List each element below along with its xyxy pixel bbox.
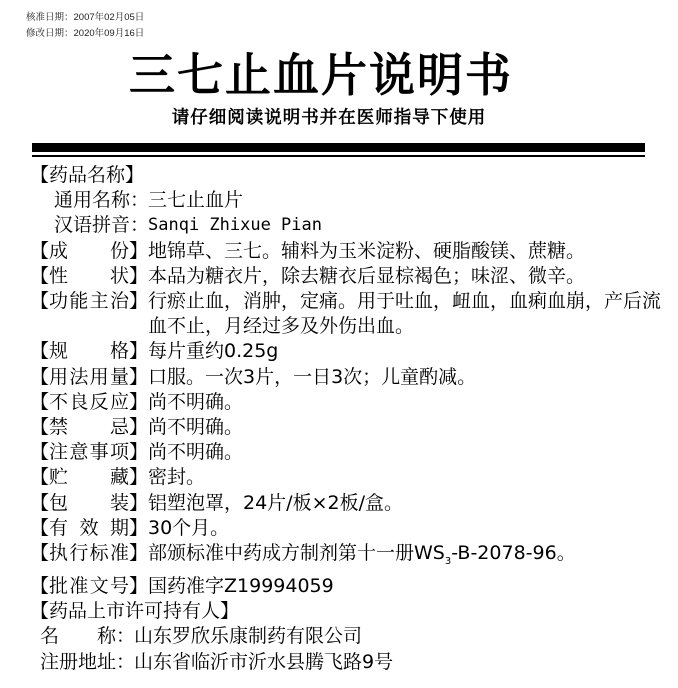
mah-name-value: 山东罗欣乐康制药有限公司 [134,624,362,649]
section-row-approval-number: 【 批准文号 】 国药准字Z19994059 [30,574,670,599]
section-row: 【成份】地锦草、三七。辅料为玉米淀粉、硬脂酸镁、蔗糖。 [30,239,670,264]
section-value: 国药准字Z19994059 [148,574,670,599]
section-label: 【规格】 [30,339,148,364]
document-title: 三七止血片说明书 [0,45,660,105]
section-label: 【功能主治】 [30,289,148,339]
section-label: 【不良反应】 [30,390,148,415]
section-label: 【包装】 [30,491,148,516]
section-row: 【禁忌】尚不明确。 [30,415,670,440]
section-row: 【性状】本品为糖衣片，除去糖衣后显棕褐色；味涩、微辛。 [30,264,670,289]
section-label: 【贮藏】 [30,465,148,490]
section-label: 【 执行标准 】 [30,541,148,574]
approval-date: 核准日期：2007年02月05日 [26,11,144,25]
instructions-body: 【药品名称】 通用名称 ： 三七止血片 汉语拼音 ： Sanqi Zhixue … [30,163,670,675]
mah-address-label: 注册地址 [40,650,116,675]
section-label: 【注意事项】 [30,440,148,465]
section-label: 【性状】 [30,264,148,289]
section-value: 每片重约0.25g [148,339,670,364]
section-value: 铝塑泡罩，24片/板×2板/盒。 [148,491,670,516]
document-subtitle: 请仔细阅读说明书并在医师指导下使用 [0,106,668,130]
mah-name-label: 名称 [40,624,116,649]
section-value: 30个月。 [148,516,670,541]
section-label: 【 批准文号 】 [30,574,148,599]
section-row: 【用法用量】口服。一次3片，一日3次；儿童酌减。 [30,365,670,390]
section-row: 【有效期】30个月。 [30,516,670,541]
section-value: 行瘀止血，消肿，定痛。用于吐血，衄血，血痢血崩，产后流血不止，月经过多及外伤出血… [148,289,670,339]
header-rule-thin [32,155,645,157]
section-row: 【功能主治】行瘀止血，消肿，定痛。用于吐血，衄血，血痢血崩，产后流血不止，月经过… [30,289,670,339]
section-label: 【有效期】 [30,516,148,541]
section-value: 密封。 [148,465,670,490]
common-name-row: 通用名称 ： 三七止血片 [30,188,670,213]
common-name-label: 通用名称 [54,188,130,213]
section-label: 【成份】 [30,239,148,264]
section-value: 口服。一次3片，一日3次；儿童酌减。 [148,365,670,390]
section-row: 【不良反应】尚不明确。 [30,390,670,415]
section-row: 【贮藏】密封。 [30,465,670,490]
section-value: 地锦草、三七。辅料为玉米淀粉、硬脂酸镁、蔗糖。 [148,239,670,264]
section-value: 部颁标准中药成方制剂第十一册WS3-B-2078-96。 [148,541,670,574]
mah-name-row: 名称 ： 山东罗欣乐康制药有限公司 [30,624,670,649]
section-value: 尚不明确。 [148,440,670,465]
section-row: 【规格】每片重约0.25g [30,339,670,364]
section-label: 【禁忌】 [30,415,148,440]
section-value: 尚不明确。 [148,415,670,440]
header-rule-thick [32,143,645,152]
pinyin-value: Sanqi Zhixue Pian [148,213,322,238]
pinyin-row: 汉语拼音 ： Sanqi Zhixue Pian [30,213,670,238]
section-value: 尚不明确。 [148,390,670,415]
section-label: 【用法用量】 [30,365,148,390]
mah-address-row: 注册地址 ： 山东省临沂市沂水县腾飞路9号 [30,650,670,675]
common-name-value: 三七止血片 [148,188,243,213]
section-row: 【注意事项】尚不明确。 [30,440,670,465]
section-row-standard: 【 执行标准 】 部颁标准中药成方制剂第十一册WS3-B-2078-96。 [30,541,670,574]
section-heading-drug-name: 【药品名称】 [30,163,670,188]
pinyin-label: 汉语拼音 [54,213,130,238]
revision-date: 修改日期：2020年09月16日 [26,27,144,41]
mah-address-value: 山东省临沂市沂水县腾飞路9号 [134,650,393,675]
section-heading-mah: 【药品上市许可持有人】 [30,599,670,624]
section-value: 本品为糖衣片，除去糖衣后显棕褐色；味涩、微辛。 [148,264,670,289]
section-row: 【包装】铝塑泡罩，24片/板×2板/盒。 [30,491,670,516]
